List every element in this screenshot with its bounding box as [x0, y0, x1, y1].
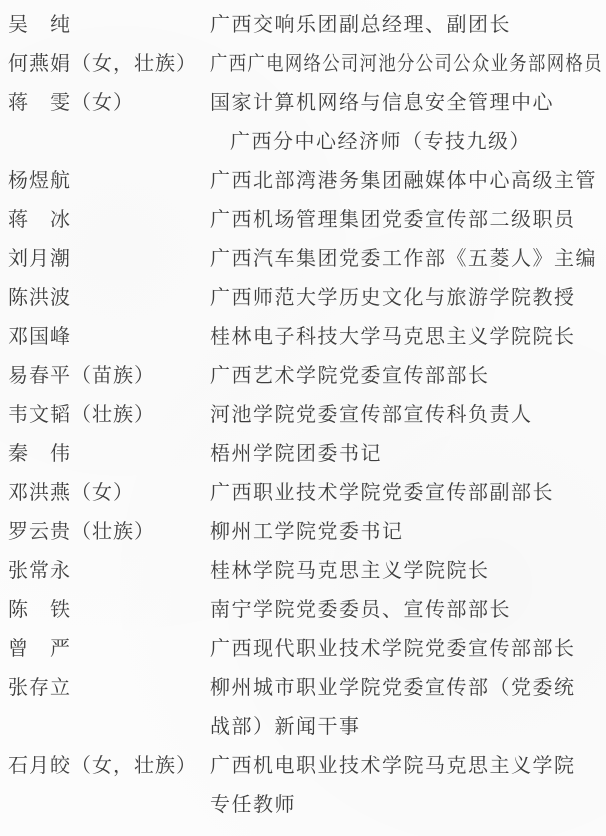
- person-position-line: 广西师范大学历史文化与旅游学院教授: [210, 279, 606, 318]
- person-position-line: 广西机场管理集团党委宣传部二级职员: [210, 201, 606, 240]
- roster-row: 陈 铁 南宁学院党委委员、宣传部部长: [8, 591, 606, 630]
- roster-row: 罗云贵（壮族） 柳州工学院党委书记: [8, 513, 606, 552]
- person-position-line: 桂林学院马克思主义学院院长: [210, 552, 606, 591]
- person-name: 杨煜航: [8, 162, 210, 201]
- person-name: 罗云贵（壮族）: [8, 513, 210, 552]
- person-position: 广西汽车集团党委工作部《五菱人》主编: [210, 240, 606, 279]
- person-name: 蒋 雯（女）: [8, 84, 210, 123]
- person-name: 陈洪波: [8, 279, 210, 318]
- person-position: 广西北部湾港务集团融媒体中心高级主管: [210, 162, 606, 201]
- roster-row: 石月皎（女，壮族） 广西机电职业技术学院马克思主义学院专任教师: [8, 747, 606, 825]
- roster-row: 吴 纯 广西交响乐团副总经理、副团长: [8, 6, 606, 45]
- person-name: 石月皎（女，壮族）: [8, 747, 210, 786]
- person-position-line: 河池学院党委宣传部宣传科负责人: [210, 396, 606, 435]
- person-name: 吴 纯: [8, 6, 210, 45]
- person-name: 张常永: [8, 552, 210, 591]
- roster-row: 蒋 冰 广西机场管理集团党委宣传部二级职员: [8, 201, 606, 240]
- person-position: 南宁学院党委委员、宣传部部长: [210, 591, 606, 630]
- person-position: 广西现代职业技术学院党委宣传部部长: [210, 630, 606, 669]
- person-position: 桂林电子科技大学马克思主义学院院长: [210, 318, 606, 357]
- roster-row: 张存立 柳州城市职业学院党委宣传部（党委统战部）新闻干事: [8, 669, 606, 747]
- person-position: 广西广电网络公司河池分公司公众业务部网格员: [210, 45, 606, 84]
- person-position-line: 南宁学院党委委员、宣传部部长: [210, 591, 606, 630]
- person-name: 刘月潮: [8, 240, 210, 279]
- person-position-line: 广西汽车集团党委工作部《五菱人》主编: [210, 240, 606, 279]
- person-position: 柳州城市职业学院党委宣传部（党委统战部）新闻干事: [210, 669, 606, 747]
- person-position-line: 广西艺术学院党委宣传部部长: [210, 357, 606, 396]
- person-position-line: 战部）新闻干事: [210, 708, 606, 747]
- person-position: 河池学院党委宣传部宣传科负责人: [210, 396, 606, 435]
- roster-row: 曾 严 广西现代职业技术学院党委宣传部部长: [8, 630, 606, 669]
- person-position-line: 国家计算机网络与信息安全管理中心: [210, 84, 606, 123]
- roster-row: 何燕娟（女，壮族） 广西广电网络公司河池分公司公众业务部网格员: [8, 45, 606, 84]
- person-position-line: 广西分中心经济师（专技九级）: [210, 123, 606, 162]
- roster-row: 易春平（苗族） 广西艺术学院党委宣传部部长: [8, 357, 606, 396]
- person-position-line: 广西交响乐团副总经理、副团长: [210, 6, 606, 45]
- person-position: 梧州学院团委书记: [210, 435, 606, 474]
- document-page: 吴 纯 广西交响乐团副总经理、副团长 何燕娟（女，壮族） 广西广电网络公司河池分…: [0, 0, 606, 836]
- person-position: 广西师范大学历史文化与旅游学院教授: [210, 279, 606, 318]
- person-name: 邓洪燕（女）: [8, 474, 210, 513]
- person-position: 桂林学院马克思主义学院院长: [210, 552, 606, 591]
- person-position-line: 桂林电子科技大学马克思主义学院院长: [210, 318, 606, 357]
- person-position-line: 广西北部湾港务集团融媒体中心高级主管: [210, 162, 606, 201]
- person-position: 广西艺术学院党委宣传部部长: [210, 357, 606, 396]
- person-name: 张存立: [8, 669, 210, 708]
- roster-row: 邓洪燕（女） 广西职业技术学院党委宣传部副部长: [8, 474, 606, 513]
- person-name: 易春平（苗族）: [8, 357, 210, 396]
- roster-row: 邓国峰 桂林电子科技大学马克思主义学院院长: [8, 318, 606, 357]
- person-name: 蒋 冰: [8, 201, 210, 240]
- roster-row: 杨煜航 广西北部湾港务集团融媒体中心高级主管: [8, 162, 606, 201]
- roster-row: 刘月潮 广西汽车集团党委工作部《五菱人》主编: [8, 240, 606, 279]
- roster-list: 吴 纯 广西交响乐团副总经理、副团长 何燕娟（女，壮族） 广西广电网络公司河池分…: [8, 6, 606, 825]
- person-name: 秦 伟: [8, 435, 210, 474]
- person-position-line: 广西职业技术学院党委宣传部副部长: [210, 474, 606, 513]
- roster-row: 秦 伟 梧州学院团委书记: [8, 435, 606, 474]
- person-position-line: 柳州城市职业学院党委宣传部（党委统: [210, 669, 606, 708]
- roster-row: 张常永 桂林学院马克思主义学院院长: [8, 552, 606, 591]
- person-position-line: 广西广电网络公司河池分公司公众业务部网格员: [210, 45, 555, 84]
- person-position-line: 广西机电职业技术学院马克思主义学院: [210, 747, 606, 786]
- person-name: 邓国峰: [8, 318, 210, 357]
- person-position: 国家计算机网络与信息安全管理中心广西分中心经济师（专技九级）: [210, 84, 606, 162]
- person-name: 何燕娟（女，壮族）: [8, 45, 210, 84]
- person-name: 曾 严: [8, 630, 210, 669]
- person-position: 广西机场管理集团党委宣传部二级职员: [210, 201, 606, 240]
- person-position: 柳州工学院党委书记: [210, 513, 606, 552]
- person-position-line: 柳州工学院党委书记: [210, 513, 606, 552]
- person-position: 广西机电职业技术学院马克思主义学院专任教师: [210, 747, 606, 825]
- person-name: 陈 铁: [8, 591, 210, 630]
- roster-row: 陈洪波 广西师范大学历史文化与旅游学院教授: [8, 279, 606, 318]
- roster-row: 蒋 雯（女） 国家计算机网络与信息安全管理中心广西分中心经济师（专技九级）: [8, 84, 606, 162]
- person-name: 韦文韬（壮族）: [8, 396, 210, 435]
- person-position-line: 广西现代职业技术学院党委宣传部部长: [210, 630, 606, 669]
- person-position: 广西职业技术学院党委宣传部副部长: [210, 474, 606, 513]
- person-position: 广西交响乐团副总经理、副团长: [210, 6, 606, 45]
- person-position-line: 梧州学院团委书记: [210, 435, 606, 474]
- person-position-line: 专任教师: [210, 786, 606, 825]
- roster-row: 韦文韬（壮族） 河池学院党委宣传部宣传科负责人: [8, 396, 606, 435]
